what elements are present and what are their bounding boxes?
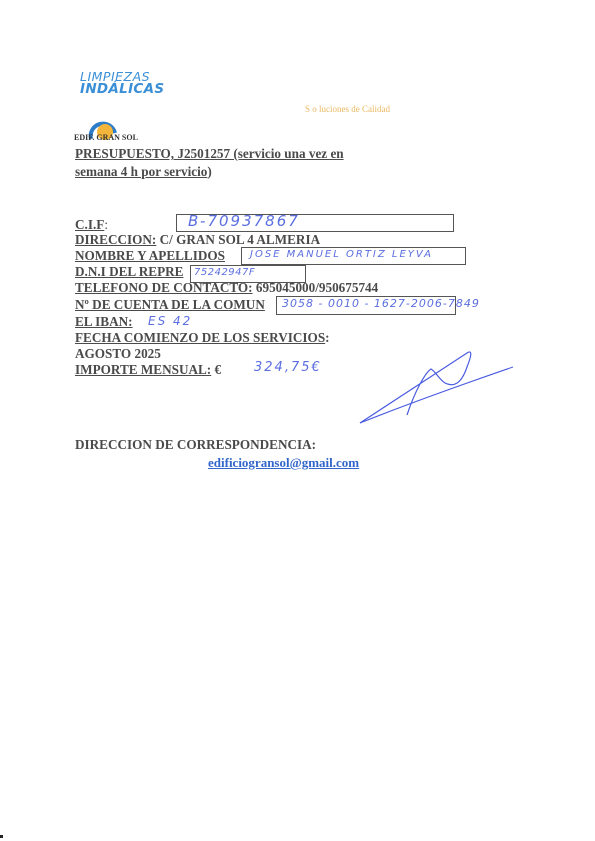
budget-title-line2-tail: ) [207,164,211,179]
tagline: S o luciones de Calidad [305,104,390,114]
importe-label: IMPORTE MENSUAL: [75,362,211,377]
company-logo: LIMPIEZAS INDÁLICAS [80,70,164,96]
telefono-value: 695045000/950675744 [253,280,379,295]
cuenta-label: Nº DE CUENTA DE LA COMUN [75,297,265,312]
company-logo-line2: INDÁLICAS [80,83,164,96]
direccion-label: DIRECCION: [75,232,156,247]
fecha-row: FECHA COMIENZO DE LOS SERVICIOS: [75,330,330,346]
signature-icon [355,345,515,425]
nombre-label: NOMBRE Y APELLIDOS [75,248,225,263]
nombre-row: NOMBRE Y APELLIDOS [75,248,225,264]
cuenta-row: Nº DE CUENTA DE LA COMUN [75,297,265,313]
telefono-row: TELEFONO DE CONTACTO: 695045000/95067574… [75,280,378,296]
cif-value: B-70937867 [188,212,300,230]
correspondencia-label: DIRECCION DE CORRESPONDENCIA: [75,437,316,453]
cuenta-value: 3058 - 0010 - 1627-2006-7849 [282,297,480,310]
correspondencia-email-link[interactable]: edificiogransol@gmail.com [208,455,359,471]
fecha-label: FECHA COMIENZO DE LOS SERVICIOS [75,330,325,345]
direccion-row: DIRECCION: C/ GRAN SOL 4 ALMERIA [75,232,320,248]
importe-row: IMPORTE MENSUAL: € [75,362,221,378]
scan-speck [0,835,3,838]
cif-row: C.I.F: [75,217,108,233]
fecha-colon: : [325,330,329,345]
iban-value: ES 42 [148,314,192,328]
budget-title-line2: semana 4 h por servicio) [75,164,212,180]
iban-row: EL IBAN: [75,314,133,330]
fecha-value: AGOSTO 2025 [75,346,161,362]
dni-value: 75242947F [194,267,255,278]
dni-label: D.N.I DEL REPRE [75,264,183,279]
telefono-label: TELEFONO DE CONTACTO: [75,280,253,295]
budget-title-line2-text: semana 4 h por servicio [75,164,207,179]
cif-colon: : [104,217,108,232]
dni-row: D.N.I DEL REPRE [75,264,183,280]
nombre-value: JOSE MANUEL ORTIZ LEYVA [250,249,433,260]
cif-label: C.I.F [75,217,104,232]
direccion-value: C/ GRAN SOL 4 ALMERIA [156,232,320,247]
importe-currency: € [211,362,221,377]
importe-value: 324,75€ [254,360,322,375]
client-logo-text: EDIF. GRAN SOL [74,133,138,142]
budget-title-line1: PRESUPUESTO, J2501257 (servicio una vez … [75,146,344,162]
iban-label: EL IBAN: [75,314,133,329]
